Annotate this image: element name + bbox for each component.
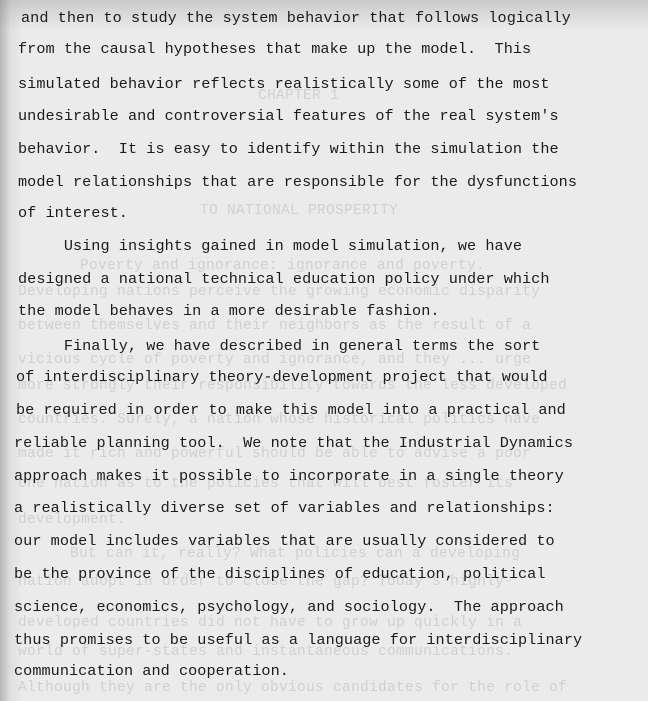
scanned-page: CHAPTER 1 TO NATIONAL PROSPERITY Poverty… <box>0 0 648 701</box>
text-line: communication and cooperation. <box>14 662 289 680</box>
text-line: be the province of the disciplines of ed… <box>14 565 546 583</box>
text-line: of interest. <box>18 204 128 222</box>
text-line: Using insights gained in model simulatio… <box>18 237 522 255</box>
text-line: approach makes it possible to incorporat… <box>14 467 564 485</box>
text-line: model relationships that are responsible… <box>18 173 577 191</box>
bleed-through-text: developed countries did not have to grow… <box>18 615 522 631</box>
text-line: of interdisciplinary theory-development … <box>16 368 548 386</box>
text-line: from the causal hypotheses that make up … <box>18 40 531 58</box>
text-line: simulated behavior reflects realisticall… <box>18 75 550 93</box>
text-line: our model includes variables that are us… <box>14 532 555 550</box>
text-line: undesirable and controversial features o… <box>18 107 559 125</box>
text-line: and then to study the system behavior th… <box>21 9 571 27</box>
text-line: thus promises to be useful as a language… <box>14 631 582 649</box>
text-line: behavior. It is easy to identify within … <box>18 140 559 158</box>
text-line: designed a national technical education … <box>18 270 550 288</box>
bleed-through-text: TO NATIONAL PROSPERITY <box>200 203 398 219</box>
text-line: the model behaves in a more desirable fa… <box>18 302 440 320</box>
text-line: reliable planning tool. We note that the… <box>14 434 573 452</box>
text-line: be required in order to make this model … <box>16 401 566 419</box>
text-line: a realistically diverse set of variables… <box>14 499 555 517</box>
text-line: science, economics, psychology, and soci… <box>14 598 564 616</box>
bleed-through-text: between themselves and their neighbors a… <box>18 318 531 334</box>
bleed-through-text: Although they are the only obvious candi… <box>18 680 567 696</box>
text-line: Finally, we have described in general te… <box>18 337 540 355</box>
